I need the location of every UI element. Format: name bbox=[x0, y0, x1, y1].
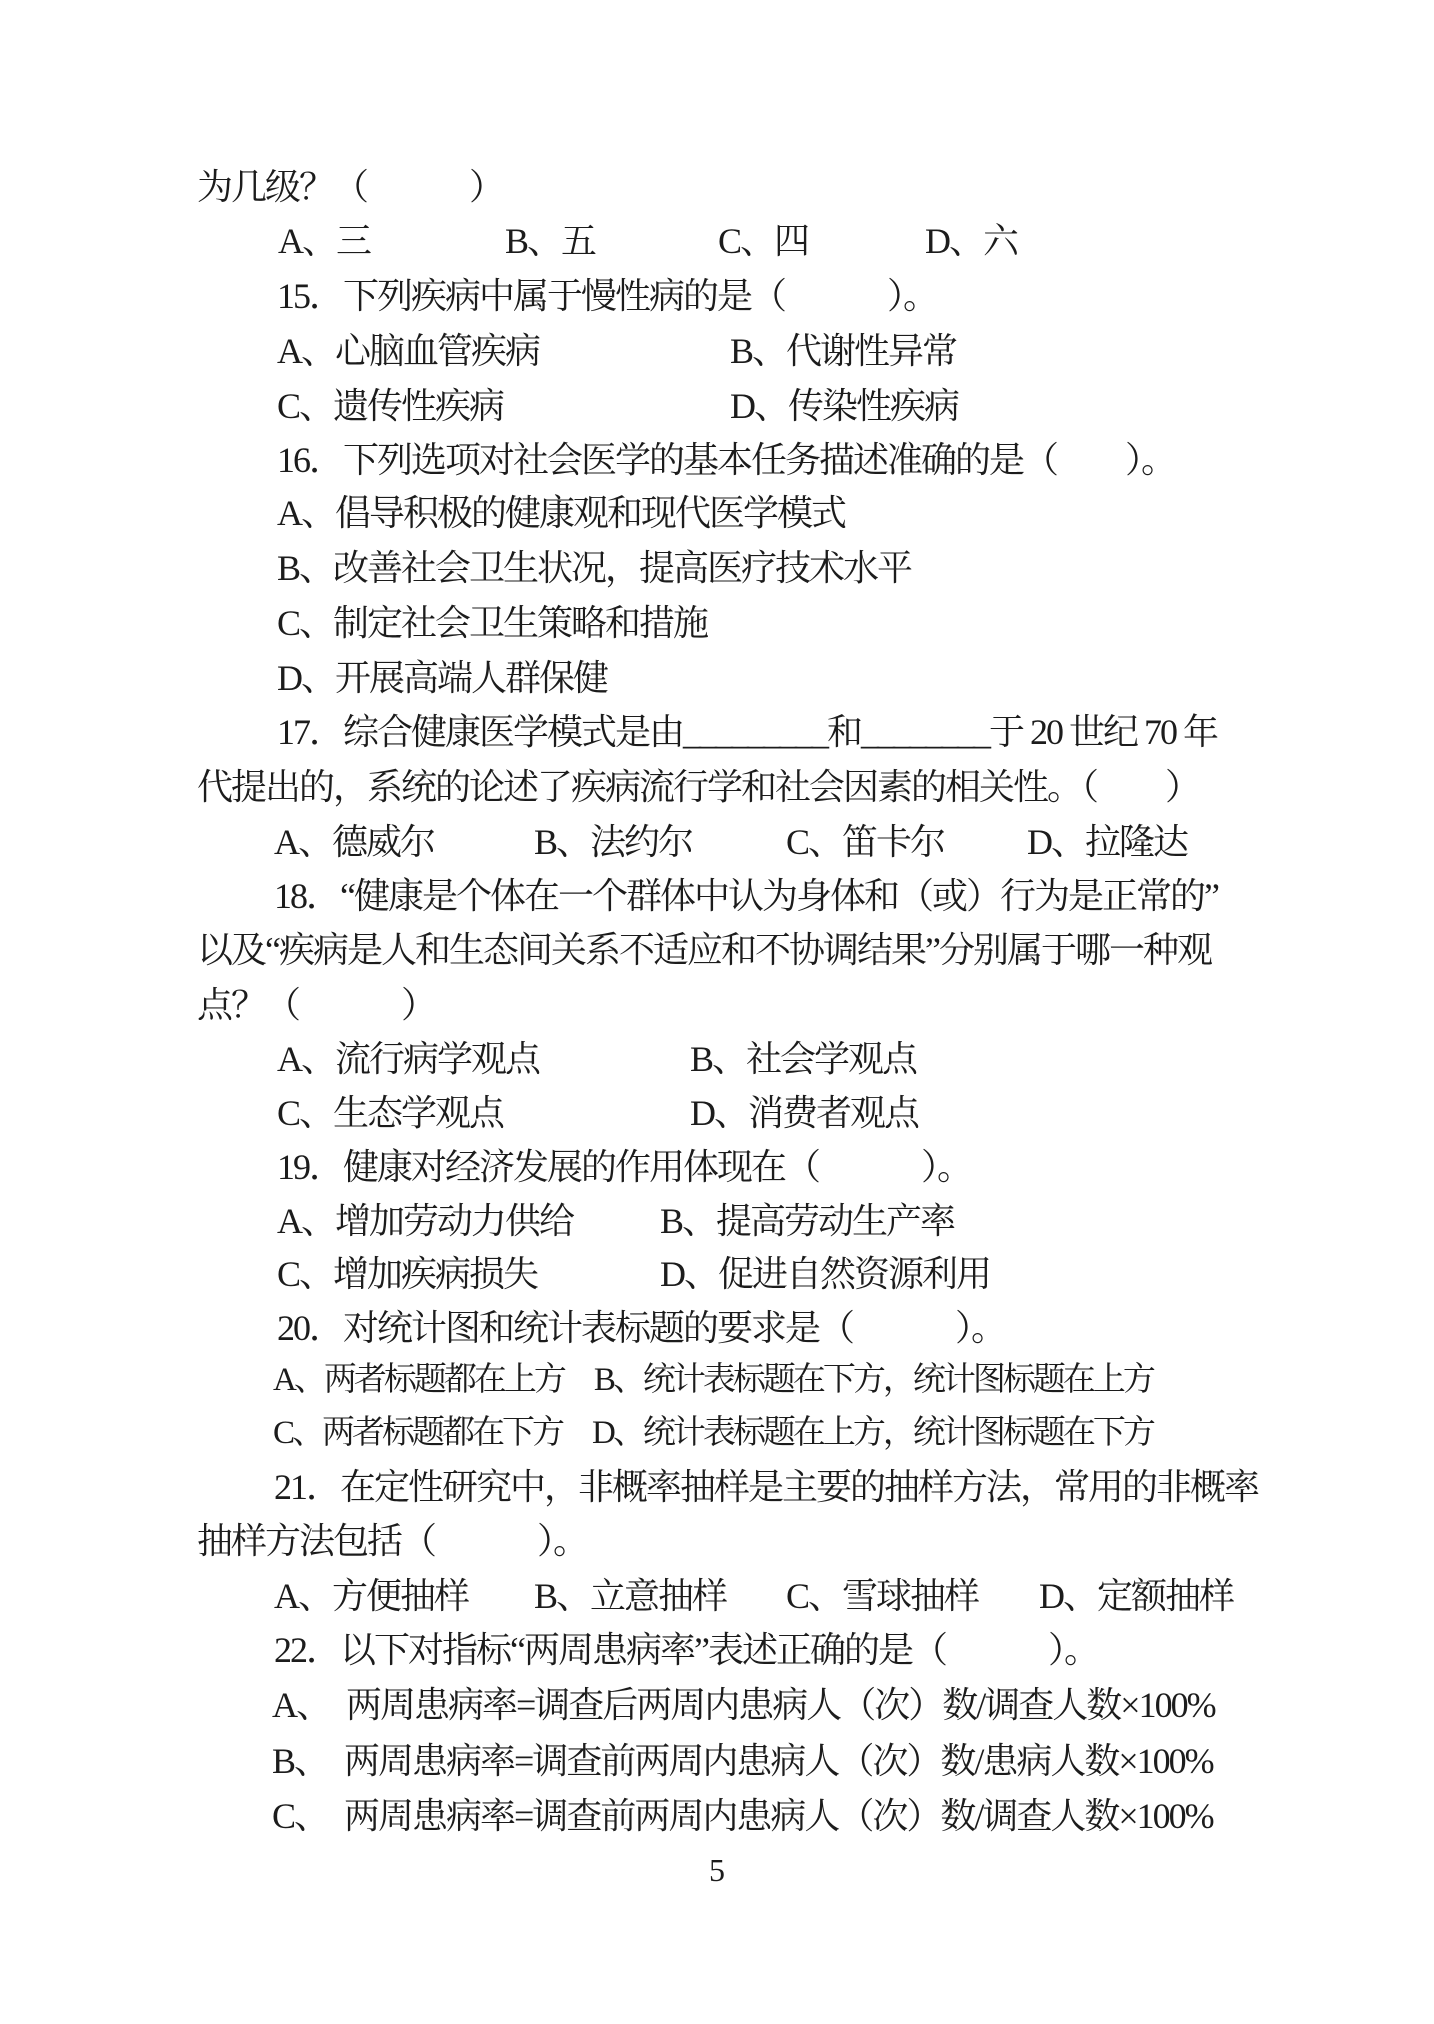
text-line-1: 为几级？（ ） bbox=[197, 168, 503, 208]
document-page: 为几级？（ ）A、三B、五C、四D、六15．下列疾病中属于慢性病的是（ ）。A、… bbox=[0, 0, 1434, 2024]
text-line-18-seg-1: C、生态学观点 bbox=[277, 1094, 503, 1134]
text-line-20-seg-1: A、增加劳动力供给 bbox=[277, 1202, 573, 1242]
text-line-14: 18．“健康是个体在一个群体中认为身体和（或）行为是正常的” bbox=[274, 877, 1218, 917]
text-line-9: C、制定社会卫生策略和措施 bbox=[277, 604, 707, 644]
text-line-2-seg-2: B、五 bbox=[505, 222, 595, 262]
text-line-27-seg-4: D、定额抽样 bbox=[1039, 1577, 1233, 1617]
text-line-30: B、 两周患病率=调查前两周内患病人（次）数/患病人数×100% bbox=[272, 1742, 1213, 1782]
text-line-13-seg-2: B、法约尔 bbox=[534, 823, 692, 863]
text-line-25: 21．在定性研究中，非概率抽样是主要的抽样方法，常用的非概率 bbox=[274, 1468, 1258, 1508]
text-line-21-seg-1: C、增加疾病损失 bbox=[277, 1255, 537, 1295]
text-line-23: A、两者标题都在上方 B、统计表标题在下方，统计图标题在上方 bbox=[273, 1362, 1153, 1398]
text-line-27-seg-2: B、立意抽样 bbox=[534, 1577, 726, 1617]
text-line-10: D、开展高端人群保健 bbox=[277, 659, 607, 699]
page-number: 5 bbox=[0, 1852, 1434, 1889]
text-line-13-seg-4: D、拉隆达 bbox=[1027, 823, 1187, 863]
text-line-2-seg-4: D、六 bbox=[925, 222, 1017, 262]
text-line-13-seg-1: A、德威尔 bbox=[274, 823, 434, 863]
text-line-11: 17．综合健康医学模式是由_________和________于 20 世纪 7… bbox=[277, 713, 1217, 753]
text-line-26: 抽样方法包括（ ）。 bbox=[197, 1522, 587, 1562]
text-line-5-seg-1: C、遗传性疾病 bbox=[277, 387, 503, 427]
text-line-15: 以及“疾病是人和生态间关系不适应和不协调结果”分别属于哪一种观 bbox=[197, 931, 1211, 971]
text-line-6: 16．下列选项对社会医学的基本任务描述准确的是（ ）。 bbox=[277, 441, 1175, 481]
text-line-27-seg-1: A、方便抽样 bbox=[274, 1577, 468, 1617]
text-line-4-seg-2: B、代谢性异常 bbox=[730, 332, 956, 372]
text-line-8: B、改善社会卫生状况，提高医疗技术水平 bbox=[277, 549, 911, 589]
text-line-5-seg-2: D、传染性疾病 bbox=[730, 387, 958, 427]
text-line-17-seg-1: A、流行病学观点 bbox=[277, 1040, 539, 1080]
text-line-28: 22．以下对指标“两周患病率”表述正确的是（ ）。 bbox=[274, 1631, 1098, 1671]
text-line-22: 20．对统计图和统计表标题的要求是（ ）。 bbox=[277, 1309, 1005, 1349]
text-line-31: C、 两周患病率=调查前两周内患病人（次）数/调查人数×100% bbox=[272, 1797, 1213, 1837]
text-line-7: A、倡导积极的健康观和现代医学模式 bbox=[277, 494, 845, 534]
text-line-19: 19．健康对经济发展的作用体现在（ ）。 bbox=[277, 1148, 971, 1188]
text-line-20-seg-2: B、提高劳动生产率 bbox=[660, 1202, 954, 1242]
text-line-18-seg-2: D、消费者观点 bbox=[690, 1094, 918, 1134]
text-line-2-seg-3: C、四 bbox=[718, 222, 808, 262]
text-line-13-seg-3: C、笛卡尔 bbox=[786, 823, 944, 863]
text-line-2-seg-1: A、三 bbox=[278, 222, 370, 262]
text-line-27-seg-3: C、雪球抽样 bbox=[786, 1577, 978, 1617]
text-line-21-seg-2: D、促进自然资源利用 bbox=[660, 1255, 990, 1295]
text-line-16: 点？（ ） bbox=[197, 986, 435, 1026]
text-line-17-seg-2: B、社会学观点 bbox=[690, 1040, 916, 1080]
text-line-12: 代提出的，系统的论述了疾病流行学和社会因素的相关性。（ ） bbox=[197, 768, 1199, 808]
text-line-24: C、两者标题都在下方 D、统计表标题在上方，统计图标题在下方 bbox=[273, 1415, 1153, 1451]
text-line-4-seg-1: A、心脑血管疾病 bbox=[277, 332, 539, 372]
text-line-3: 15．下列疾病中属于慢性病的是（ ）。 bbox=[277, 277, 937, 317]
text-line-29: A、 两周患病率=调查后两周内患病人（次）数/调查人数×100% bbox=[272, 1686, 1215, 1726]
